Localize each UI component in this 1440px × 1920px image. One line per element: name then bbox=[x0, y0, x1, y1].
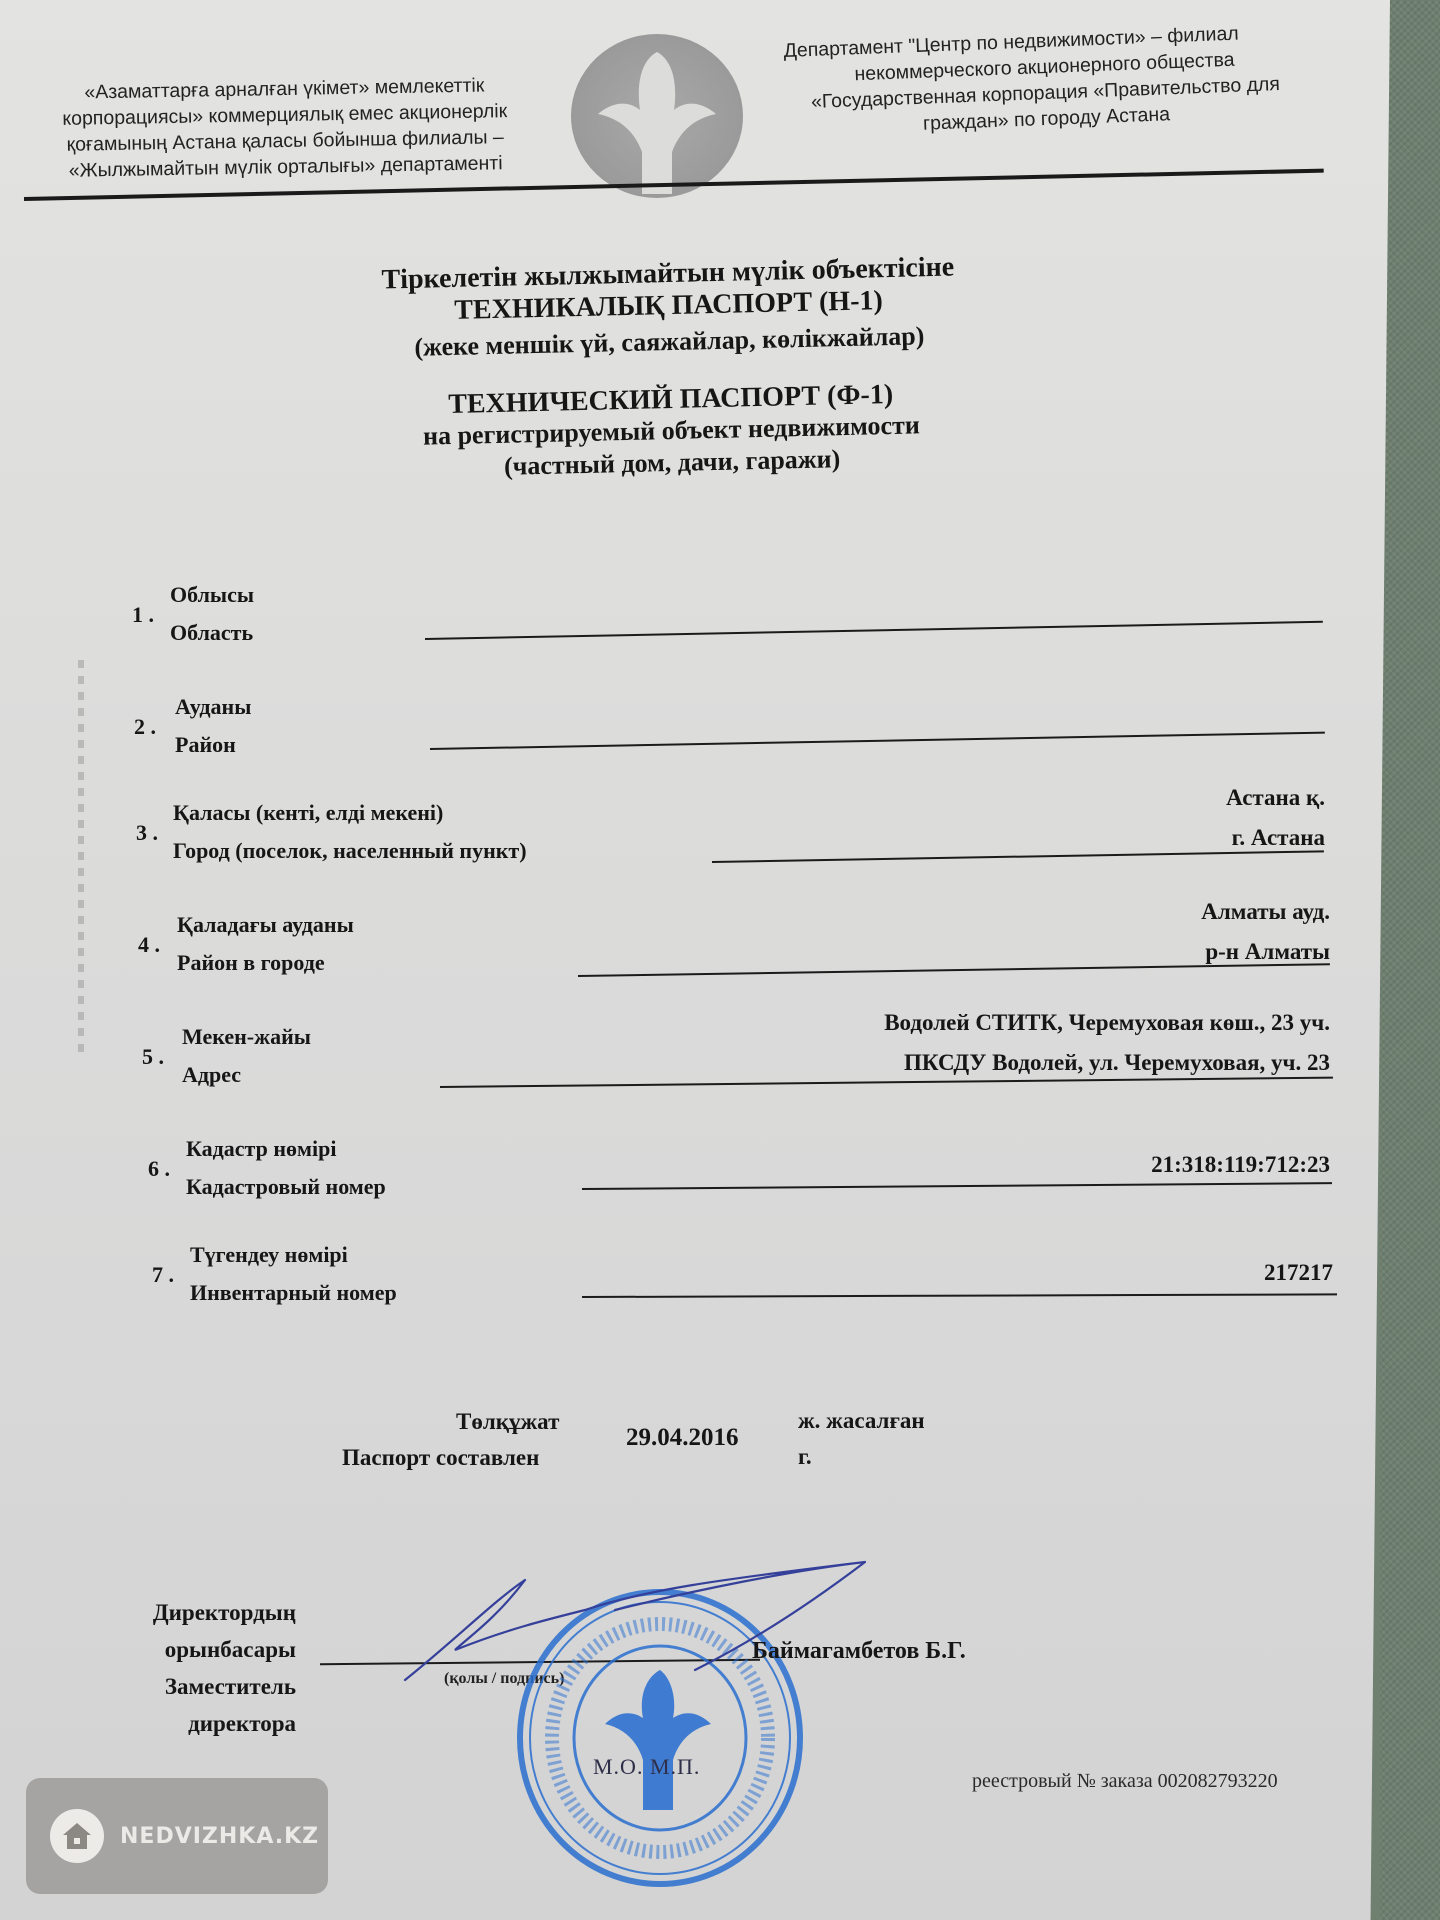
field-number: 5 . bbox=[142, 1044, 164, 1070]
house-icon bbox=[50, 1809, 104, 1863]
field-label-kz: Облысы bbox=[170, 582, 254, 608]
signatory-title: Директордың орынбасары Заместитель дирек… bbox=[118, 1594, 296, 1742]
field-value-ru: 21:318:119:712:23 bbox=[1151, 1152, 1330, 1178]
field-number: 2 . bbox=[134, 714, 156, 740]
signatory-title-line: Директордың bbox=[118, 1594, 296, 1631]
field-label-kz: Қаласы (кенті, елді мекені) bbox=[173, 800, 443, 826]
field-value-kz: Водолей СТИТК, Черемуховая көш., 23 уч. bbox=[884, 1010, 1330, 1036]
field-label-ru: Город (поселок, населенный пункт) bbox=[173, 838, 527, 864]
field-value-ru: г. Астана bbox=[1232, 825, 1325, 851]
field-number: 6 . bbox=[148, 1156, 170, 1182]
watermark-text: NEDVIZHKA.KZ bbox=[120, 1824, 319, 1849]
field-number: 1 . bbox=[132, 602, 154, 628]
field-value-kz: Астана қ. bbox=[1226, 785, 1325, 811]
director-name: Баймагамбетов Б.Г. bbox=[752, 1638, 966, 1665]
field-label-kz: Қаладағы ауданы bbox=[177, 912, 354, 938]
field-label-kz: Кадастр нөмірі bbox=[186, 1136, 337, 1162]
fabric-background bbox=[1380, 0, 1440, 1920]
passport-suffix-kz: ж. жасалған bbox=[798, 1408, 925, 1434]
passport-suffix-ru: г. bbox=[798, 1444, 812, 1470]
field-label-ru: Кадастровый номер bbox=[186, 1174, 386, 1200]
field-label-ru: Инвентарный номер bbox=[190, 1280, 397, 1306]
document-title: Тіркелетін жылжымайтын мүлік объектісіне… bbox=[298, 250, 1043, 489]
field-label-ru: Район bbox=[175, 732, 236, 758]
field-value-kz: Алматы ауд. bbox=[1201, 899, 1330, 925]
header-ru-organization: Департамент "Центр по недвижимости» – фи… bbox=[773, 18, 1317, 143]
field-label-kz: Ауданы bbox=[175, 694, 251, 720]
field-number: 4 . bbox=[138, 932, 160, 958]
field-number: 7 . bbox=[152, 1262, 174, 1288]
registry-order-number: реестровый № заказа 002082793220 bbox=[972, 1770, 1278, 1793]
field-label-ru: Район в городе bbox=[177, 950, 325, 976]
field-value-ru: ПКСДУ Водолей, ул. Черемуховая, уч. 23 bbox=[904, 1050, 1330, 1076]
handwritten-signature bbox=[395, 1560, 895, 1710]
signatory-title-line: директора bbox=[118, 1705, 296, 1742]
passport-date: 29.04.2016 bbox=[626, 1424, 739, 1452]
field-number: 3 . bbox=[136, 820, 158, 846]
fleur-emblem-icon bbox=[568, 32, 746, 200]
field-label-kz: Түгендеу нөмірі bbox=[190, 1242, 348, 1268]
seal-placeholder-label: М.О. М.П. bbox=[593, 1754, 700, 1780]
field-label-ru: Область bbox=[170, 620, 253, 646]
field-value-ru: р-н Алматы bbox=[1205, 939, 1330, 965]
field-label-kz: Мекен-жайы bbox=[182, 1024, 311, 1050]
field-label-ru: Адрес bbox=[182, 1062, 241, 1088]
staple-mark bbox=[78, 660, 84, 1060]
passport-label-ru: Паспорт составлен bbox=[342, 1445, 539, 1471]
nedvizhka-watermark[interactable]: NEDVIZHKA.KZ bbox=[26, 1778, 328, 1894]
signatory-title-line: Заместитель bbox=[118, 1668, 296, 1705]
header-kz-organization: «Азаматтарға арналған үкімет» мемлекетті… bbox=[39, 72, 531, 185]
field-value-ru: 217217 bbox=[1264, 1260, 1333, 1286]
signatory-title-line: орынбасары bbox=[118, 1631, 296, 1668]
passport-label-kz: Төлқұжат bbox=[456, 1409, 559, 1435]
